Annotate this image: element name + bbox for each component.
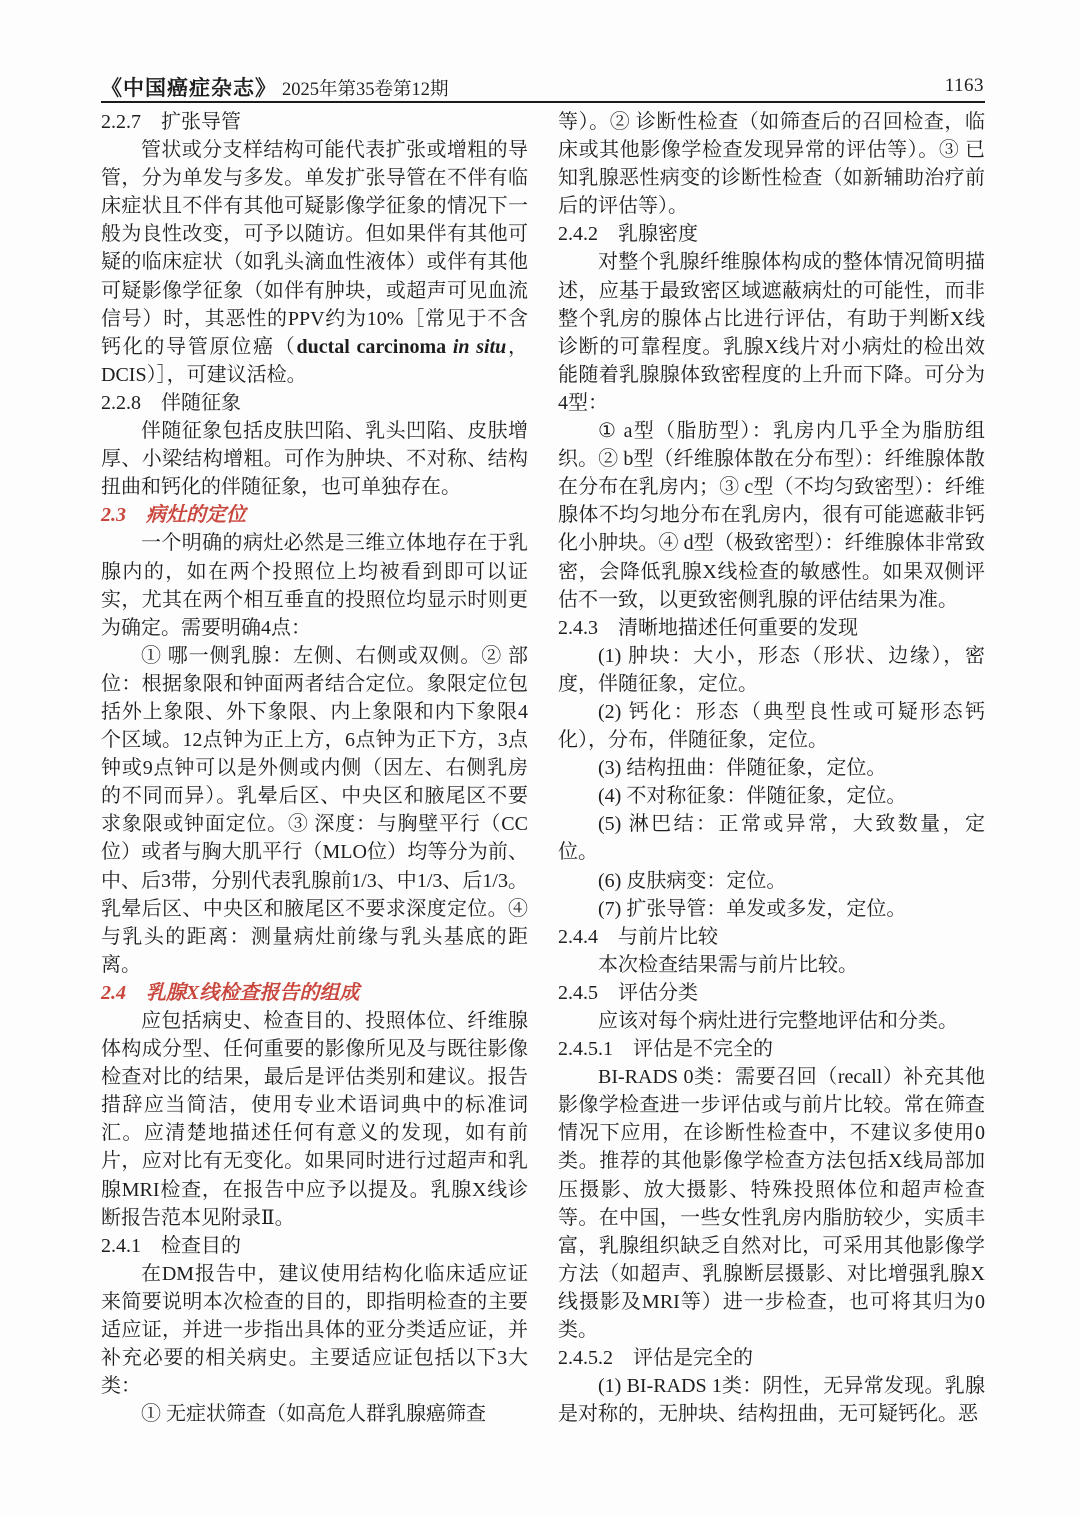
section-number: 2.4.5.1 — [558, 1038, 613, 1060]
section-title: 评估是完全的 — [633, 1347, 753, 1369]
paragraph-text: (4) 不对称征象：伴随征象，定位。 — [598, 785, 906, 807]
paragraph-text: ① a型（脂肪型）：乳房内几乎全为脂肪组织。② b型（纤维腺体散在分布型）：纤维… — [558, 420, 985, 611]
paragraph-text: 应该对每个病灶进行完整地评估和分类。 — [598, 1010, 958, 1032]
paragraph: 一个明确的病灶必然是三维立体地存在于乳腺内的，如在两个投照位上均被看到即可以证实… — [101, 529, 528, 641]
section-heading: 2.4.4与前片比较 — [558, 923, 985, 951]
paragraph-text: in situ — [453, 336, 506, 358]
section-number: 2.2.7 — [101, 111, 141, 133]
paragraph-text: (7) 扩张导管：单发或多发，定位。 — [598, 898, 906, 920]
section-title: 检查目的 — [161, 1235, 241, 1257]
paragraph: 管状或分支样结构可能代表扩张或增粗的导管，分为单发与多发。单发扩张导管在不伴有临… — [101, 136, 528, 389]
journal-page: 《中国癌症杂志》2025年第35卷第12期 1163 2.2.7扩张导管管状或分… — [0, 0, 1080, 1515]
paragraph: ① 无症状筛查（如高危人群乳腺癌筛查 — [101, 1400, 528, 1428]
paragraph: 对整个乳腺纤维腺体构成的整体情况简明描述，应基于最致密区域遮蔽病灶的可能性，而非… — [558, 248, 985, 417]
paragraph: 应包括病史、检查目的、投照体位、纤维腺体构成分型、任何重要的影像所见及与既往影像… — [101, 1007, 528, 1232]
paragraph-text: 在DM报告中，建议使用结构化临床适应证来简要说明本次检查的目的，即指明检查的主要… — [101, 1263, 528, 1397]
paragraph: (7) 扩张导管：单发或多发，定位。 — [558, 895, 985, 923]
paragraph: (6) 皮肤病变：定位。 — [558, 867, 985, 895]
section-number: 2.4.3 — [558, 617, 598, 639]
section-heading: 2.4.5评估分类 — [558, 979, 985, 1007]
paragraph: 伴随征象包括皮肤凹陷、乳头凹陷、皮肤增厚、小梁结构增粗。可作为肿块、不对称、结构… — [101, 417, 528, 501]
paragraph: ① a型（脂肪型）：乳房内几乎全为脂肪组织。② b型（纤维腺体散在分布型）：纤维… — [558, 417, 985, 614]
paragraph-text: (6) 皮肤病变：定位。 — [598, 870, 786, 892]
section-number: 2.4.1 — [101, 1235, 141, 1257]
paragraph-text: (3) 结构扭曲：伴随征象，定位。 — [598, 757, 886, 779]
paragraph-text: 管状或分支样结构可能代表扩张或增粗的导管，分为单发与多发。单发扩张导管在不伴有临… — [101, 139, 528, 358]
paragraph: ① 哪一侧乳腺：左侧、右侧或双侧。② 部位：根据象限和钟面两者结合定位。象限定位… — [101, 642, 528, 979]
section-title: 伴随征象 — [161, 392, 241, 414]
paragraph-text: 本次检查结果需与前片比较。 — [598, 954, 858, 976]
page-header: 《中国癌症杂志》2025年第35卷第12期 1163 — [101, 72, 985, 100]
paragraph-text: BI-RADS 0类：需要召回（recall）补充其他影像学检查进一步评估或与前… — [558, 1066, 985, 1341]
paragraph-text: (5) 淋巴结：正常或异常，大致数量，定位。 — [558, 813, 985, 863]
journal-title: 《中国癌症杂志》 — [101, 76, 277, 100]
paragraph-text: (1) 肿块：大小，形态（形状、边缘），密度，伴随征象，定位。 — [558, 645, 985, 695]
paragraph: (1) 肿块：大小，形态（形状、边缘），密度，伴随征象，定位。 — [558, 642, 985, 698]
section-title: 乳腺X线检查报告的组成 — [146, 982, 359, 1004]
paragraph: BI-RADS 0类：需要召回（recall）补充其他影像学检查进一步评估或与前… — [558, 1063, 985, 1344]
section-heading: 2.4.3清晰地描述任何重要的发现 — [558, 614, 985, 642]
paragraph-text: 应包括病史、检查目的、投照体位、纤维腺体构成分型、任何重要的影像所见及与既往影像… — [101, 1010, 528, 1229]
paragraph-text: (2) 钙化：形态（典型良性或可疑形态钙化），分布，伴随征象，定位。 — [558, 701, 985, 751]
section-heading: 2.4.2乳腺密度 — [558, 220, 985, 248]
paragraph: (4) 不对称征象：伴随征象，定位。 — [558, 782, 985, 810]
paragraph-text: 一个明确的病灶必然是三维立体地存在于乳腺内的，如在两个投照位上均被看到即可以证实… — [101, 532, 528, 638]
section-title: 评估是不完全的 — [633, 1038, 773, 1060]
section-title: 评估分类 — [618, 982, 698, 1004]
section-number: 2.3 — [101, 504, 126, 526]
section-title: 病灶的定位 — [146, 504, 246, 526]
left-column: 2.2.7扩张导管管状或分支样结构可能代表扩张或增粗的导管，分为单发与多发。单发… — [101, 108, 528, 1428]
paragraph: 在DM报告中，建议使用结构化临床适应证来简要说明本次检查的目的，即指明检查的主要… — [101, 1260, 528, 1400]
paragraph-text: 伴随征象包括皮肤凹陷、乳头凹陷、皮肤增厚、小梁结构增粗。可作为肿块、不对称、结构… — [101, 420, 528, 498]
paragraph: (1) BI-RADS 1类：阴性，无异常发现。乳腺是对称的，无肿块、结构扭曲，… — [558, 1372, 985, 1428]
paragraph: (2) 钙化：形态（典型良性或可疑形态钙化），分布，伴随征象，定位。 — [558, 698, 985, 754]
paragraph-text: ① 无症状筛查（如高危人群乳腺癌筛查 — [141, 1403, 486, 1425]
paragraph: 应该对每个病灶进行完整地评估和分类。 — [558, 1007, 985, 1035]
section-number: 2.4.5 — [558, 982, 598, 1004]
section-heading: 2.4.1检查目的 — [101, 1232, 528, 1260]
paragraph-text: 对整个乳腺纤维腺体构成的整体情况简明描述，应基于最致密区域遮蔽病灶的可能性，而非… — [558, 251, 985, 413]
page-number: 1163 — [945, 75, 984, 97]
article-body: 2.2.7扩张导管管状或分支样结构可能代表扩张或增粗的导管，分为单发与多发。单发… — [101, 108, 985, 1428]
section-title: 与前片比较 — [618, 926, 718, 948]
section-heading: 2.4.5.1评估是不完全的 — [558, 1035, 985, 1063]
section-number: 2.4.4 — [558, 926, 598, 948]
section-heading-red: 2.4乳腺X线检查报告的组成 — [101, 979, 528, 1007]
header-rule — [101, 101, 985, 103]
section-heading-red: 2.3病灶的定位 — [101, 501, 528, 529]
section-title: 扩张导管 — [161, 111, 241, 133]
paragraph-text: ductal carcinoma — [296, 336, 452, 358]
section-title: 清晰地描述任何重要的发现 — [618, 617, 858, 639]
paragraph: (3) 结构扭曲：伴随征象，定位。 — [558, 754, 985, 782]
paragraph: (5) 淋巴结：正常或异常，大致数量，定位。 — [558, 810, 985, 866]
section-title: 乳腺密度 — [618, 223, 698, 245]
paragraph-text: ① 哪一侧乳腺：左侧、右侧或双侧。② 部位：根据象限和钟面两者结合定位。象限定位… — [101, 645, 528, 976]
paragraph: 等）。② 诊断性检查（如筛查后的召回检查，临床或其他影像学检查发现异常的评估等）… — [558, 108, 985, 220]
section-heading: 2.2.8伴随征象 — [101, 389, 528, 417]
section-heading: 2.2.7扩张导管 — [101, 108, 528, 136]
paragraph-text: 等）。② 诊断性检查（如筛查后的召回检查，临床或其他影像学检查发现异常的评估等）… — [558, 111, 985, 217]
section-number: 2.4.5.2 — [558, 1347, 613, 1369]
right-column: 等）。② 诊断性检查（如筛查后的召回检查，临床或其他影像学检查发现异常的评估等）… — [558, 108, 985, 1428]
journal-issue-info: 2025年第35卷第12期 — [282, 80, 449, 100]
section-number: 2.2.8 — [101, 392, 141, 414]
paragraph: 本次检查结果需与前片比较。 — [558, 951, 985, 979]
section-number: 2.4 — [101, 982, 126, 1004]
section-heading: 2.4.5.2评估是完全的 — [558, 1344, 985, 1372]
section-number: 2.4.2 — [558, 223, 598, 245]
paragraph-text: (1) BI-RADS 1类：阴性，无异常发现。乳腺是对称的，无肿块、结构扭曲，… — [558, 1375, 985, 1425]
